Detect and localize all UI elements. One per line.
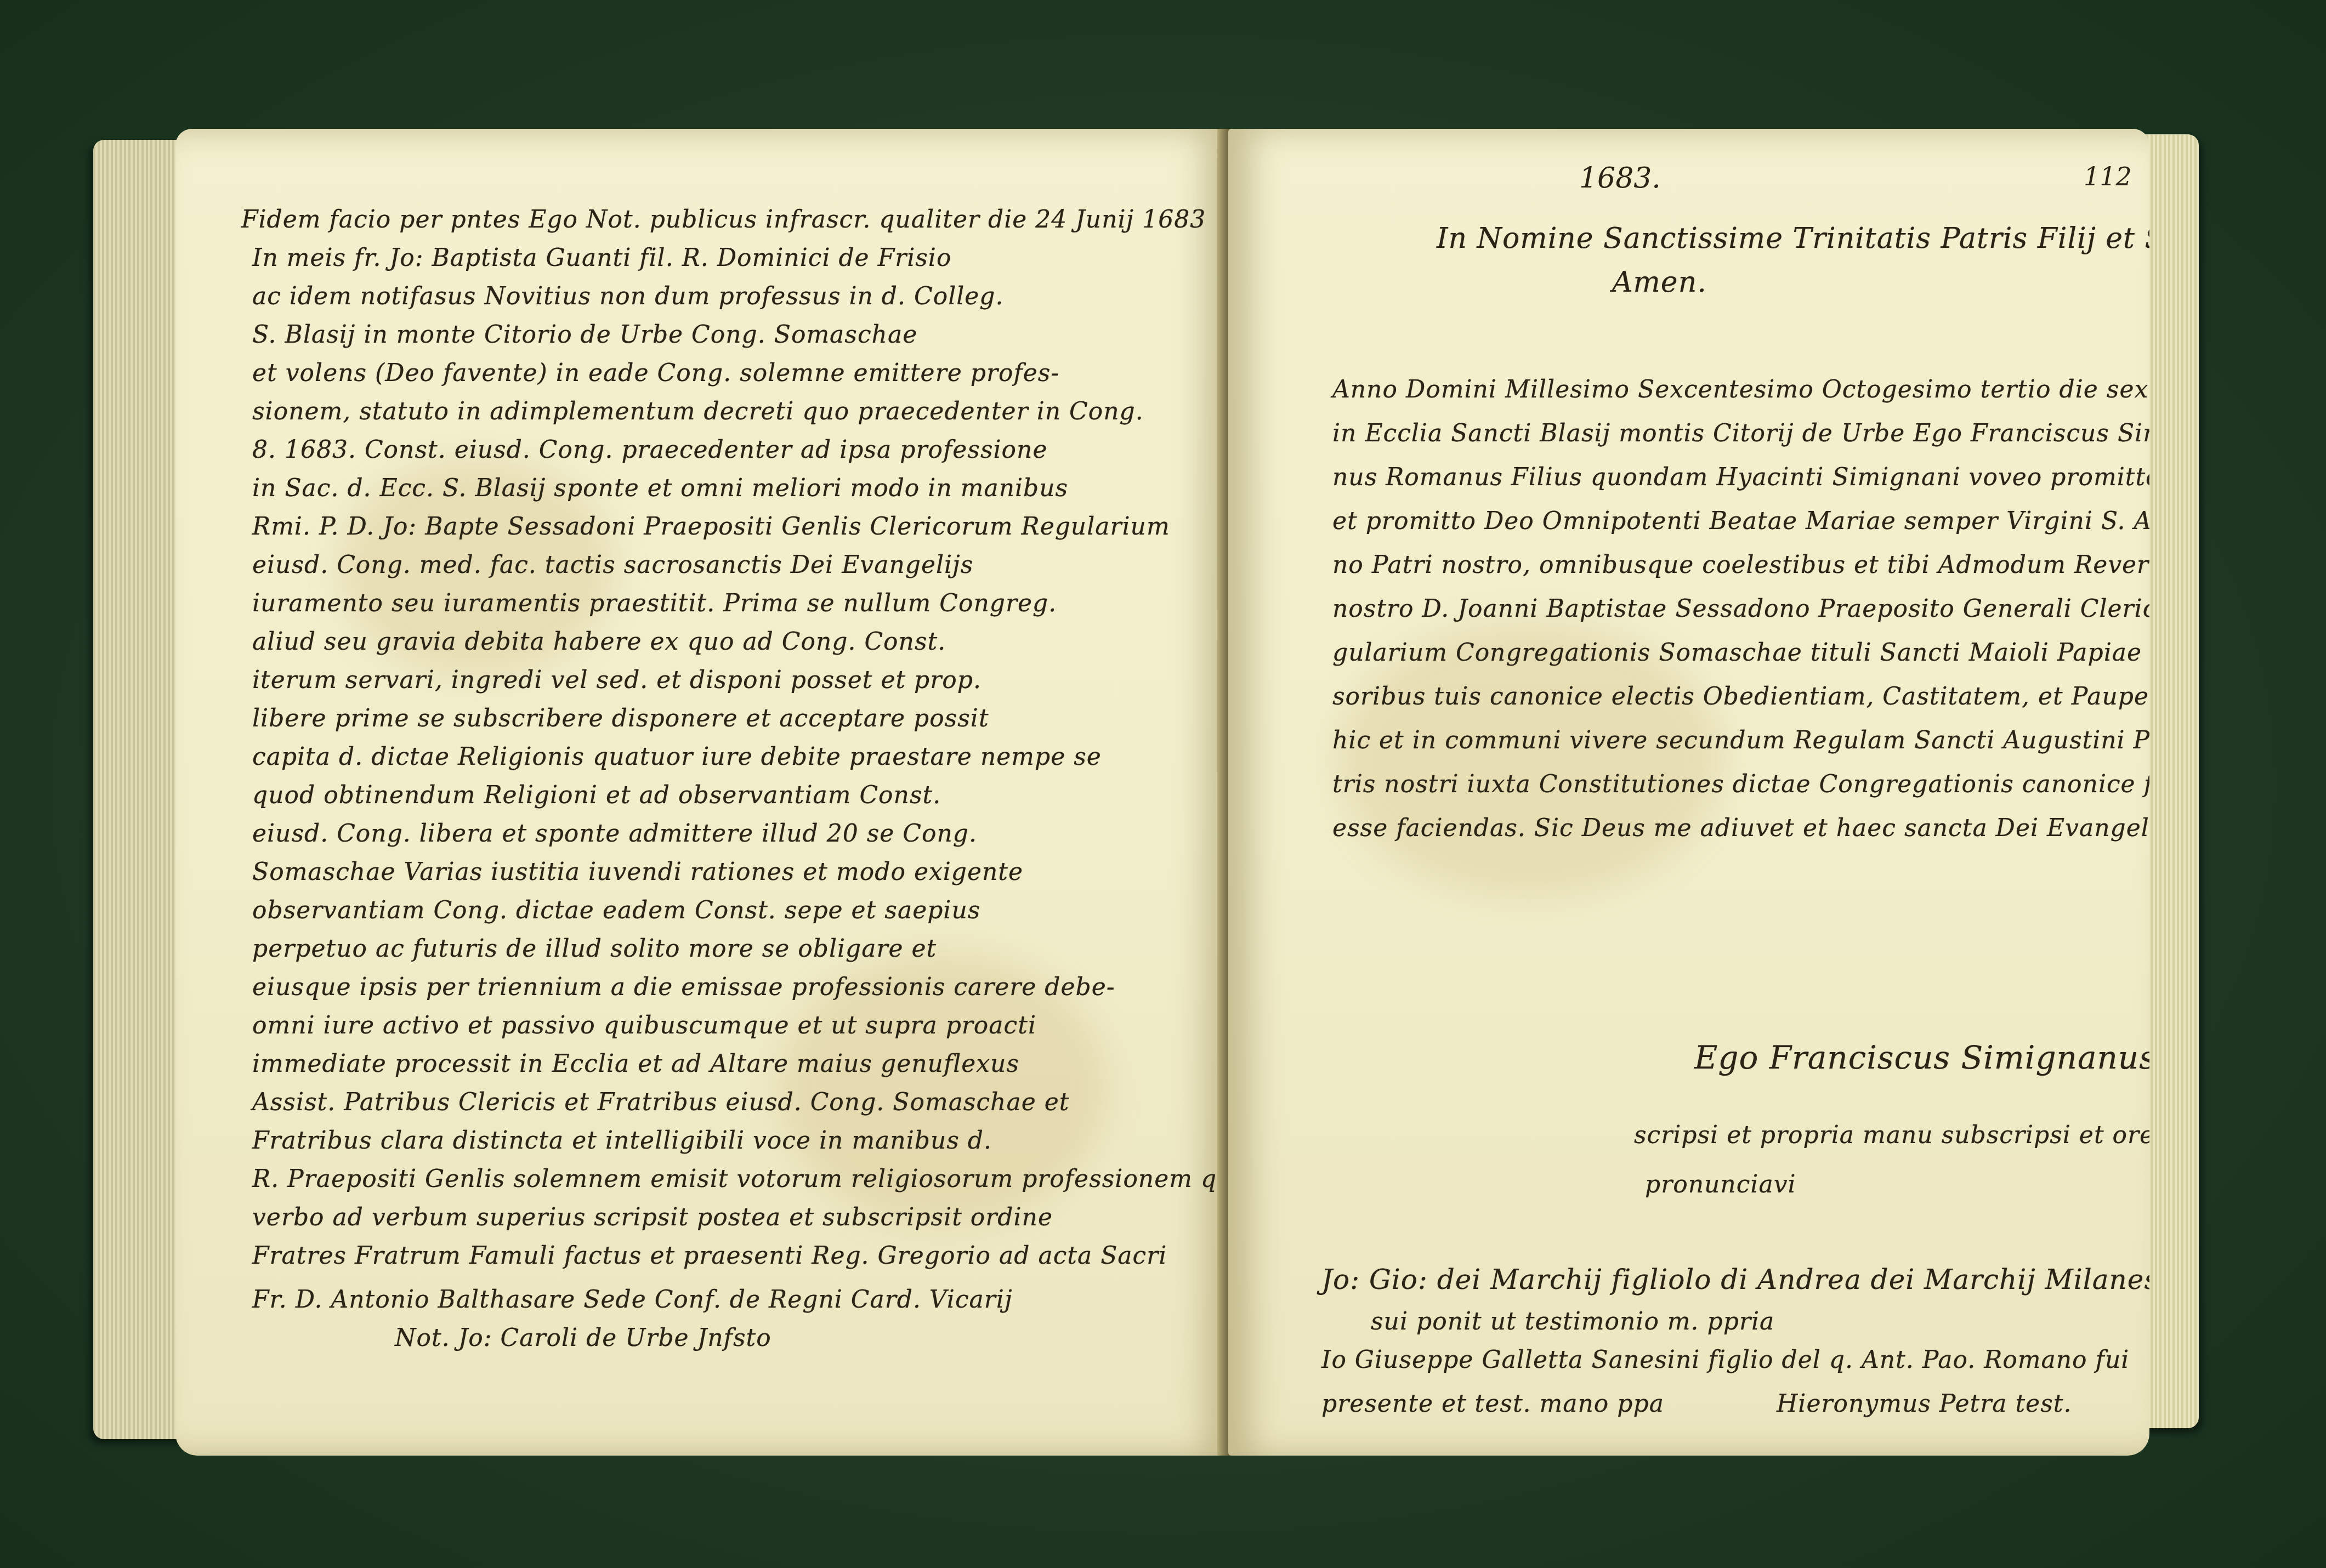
vow-line: et promitto Deo Omnipotenti Beatae Maria… <box>1332 507 2149 535</box>
left-line: ac idem notifasus Novitius non dum profe… <box>252 282 1003 310</box>
vow-line: hic et in communi vivere secundum Regula… <box>1332 726 2149 754</box>
signature-name: Ego Franciscus Simignanus <box>1694 1039 2149 1076</box>
left-line: Fr. D. Antonio Balthasare Sede Conf. de … <box>252 1286 1013 1314</box>
invocation-heading: In Nomine Sanctissime Trinitatis Patris … <box>1437 222 2149 255</box>
left-line: eiusd. Cong. libera et sponte admittere … <box>252 820 977 848</box>
witness-line: Io Giuseppe Galletta Sanesini figlio del… <box>1321 1346 2129 1374</box>
right-page: 1683. 112 In Nomine Sanctissime Trinitat… <box>1228 129 2149 1456</box>
year-heading: 1683. <box>1579 162 1661 195</box>
vow-line: no Patri nostro, omnibusque coelestibus … <box>1332 551 2149 579</box>
left-line: verbo ad verbum superius scripsit postea… <box>252 1203 1053 1231</box>
left-line: observantiam Cong. dictae eadem Const. s… <box>252 896 980 924</box>
vow-line: Anno Domini Millesimo Sexcentesimo Octog… <box>1332 376 2149 404</box>
left-line: Assist. Patribus Clericis et Fratribus e… <box>252 1088 1069 1116</box>
left-line: Fidem facio per pntes Ego Not. publicus … <box>241 206 1206 234</box>
witness-line: sui ponit ut testimonio m. ppria <box>1371 1308 1774 1336</box>
left-line: Somaschae Varias iustitia iuvendi ration… <box>252 858 1023 886</box>
left-line: capita d. dictae Religionis quatuor iure… <box>252 743 1102 771</box>
left-line: aliud seu gravia debita habere ex quo ad… <box>252 628 946 656</box>
left-line: iterum servari, ingredi vel sed. et disp… <box>252 666 982 694</box>
left-line: eiusd. Cong. med. fac. tactis sacrosanct… <box>252 551 973 579</box>
left-line: quod obtinendum Religioni et ad observan… <box>252 781 941 809</box>
left-line: sionem, statuto in adimplementum decreti… <box>252 397 1144 425</box>
folio-number: 112 <box>2084 162 2132 191</box>
left-line: Rmi. P. D. Jo: Bapte Sessadoni Praeposit… <box>252 513 1170 541</box>
left-line: perpetuo ac futuris de illud solito more… <box>252 935 937 963</box>
left-line: Fratres Fratrum Famuli factus et praesen… <box>252 1242 1167 1270</box>
left-line: eiusque ipsis per triennium a die emissa… <box>252 973 1115 1001</box>
invocation-amen: Amen. <box>1612 266 1707 299</box>
left-line: immediate processit in Ecclia et ad Alta… <box>252 1050 1019 1078</box>
left-line: Fratribus clara distincta et intelligibi… <box>252 1127 992 1155</box>
vow-line: tris nostri iuxta Constitutiones dictae … <box>1332 770 2149 798</box>
signature-line: pronunciavi <box>1645 1171 1796 1198</box>
vow-line: gularium Congregationis Somaschae tituli… <box>1332 639 2149 667</box>
left-line: Not. Jo: Caroli de Urbe Jnfsto <box>395 1324 771 1352</box>
vow-line: in Ecclia Sancti Blasij montis Citorij d… <box>1332 419 2149 447</box>
left-line: 8. 1683. Const. eiusd. Cong. praecedente… <box>252 436 1047 464</box>
left-line: in Sac. d. Ecc. S. Blasij sponte et omni… <box>252 474 1068 502</box>
left-line: et volens (Deo favente) in eade Cong. so… <box>252 359 1059 387</box>
witness-line: Hieronymus Petra test. <box>1777 1390 2072 1418</box>
vow-line: esse faciendas. Sic Deus me adiuvet et h… <box>1332 814 2149 842</box>
left-line: omni iure activo et passivo quibuscumque… <box>252 1012 1036 1039</box>
witness-line: presente et test. mano ppa <box>1321 1390 1664 1418</box>
left-line: S. Blasij in monte Citorio de Urbe Cong.… <box>252 321 917 349</box>
left-line: R. Praepositi Genlis solemnem emisit vot… <box>252 1165 1228 1193</box>
vow-line: nostro D. Joanni Baptistae Sessadono Pra… <box>1332 595 2149 623</box>
signature-line: scripsi et propria manu subscripsi et or… <box>1634 1121 2149 1149</box>
left-line: In meis fr. Jo: Baptista Guanti fil. R. … <box>252 244 951 272</box>
open-manuscript-book: Fidem facio per pntes Ego Not. publicus … <box>93 129 2199 1456</box>
witness-line: Jo: Gio: dei Marchij figliolo di Andrea … <box>1321 1264 2149 1296</box>
left-line: libere prime se subscribere disponere et… <box>252 705 989 732</box>
vow-line: soribus tuis canonice electis Obedientia… <box>1332 683 2149 711</box>
vow-line: nus Romanus Filius quondam Hyacinti Simi… <box>1332 463 2149 491</box>
left-line: iuramento seu iuramentis praestitit. Pri… <box>252 589 1057 617</box>
left-page: Fidem facio per pntes Ego Not. publicus … <box>175 129 1228 1456</box>
